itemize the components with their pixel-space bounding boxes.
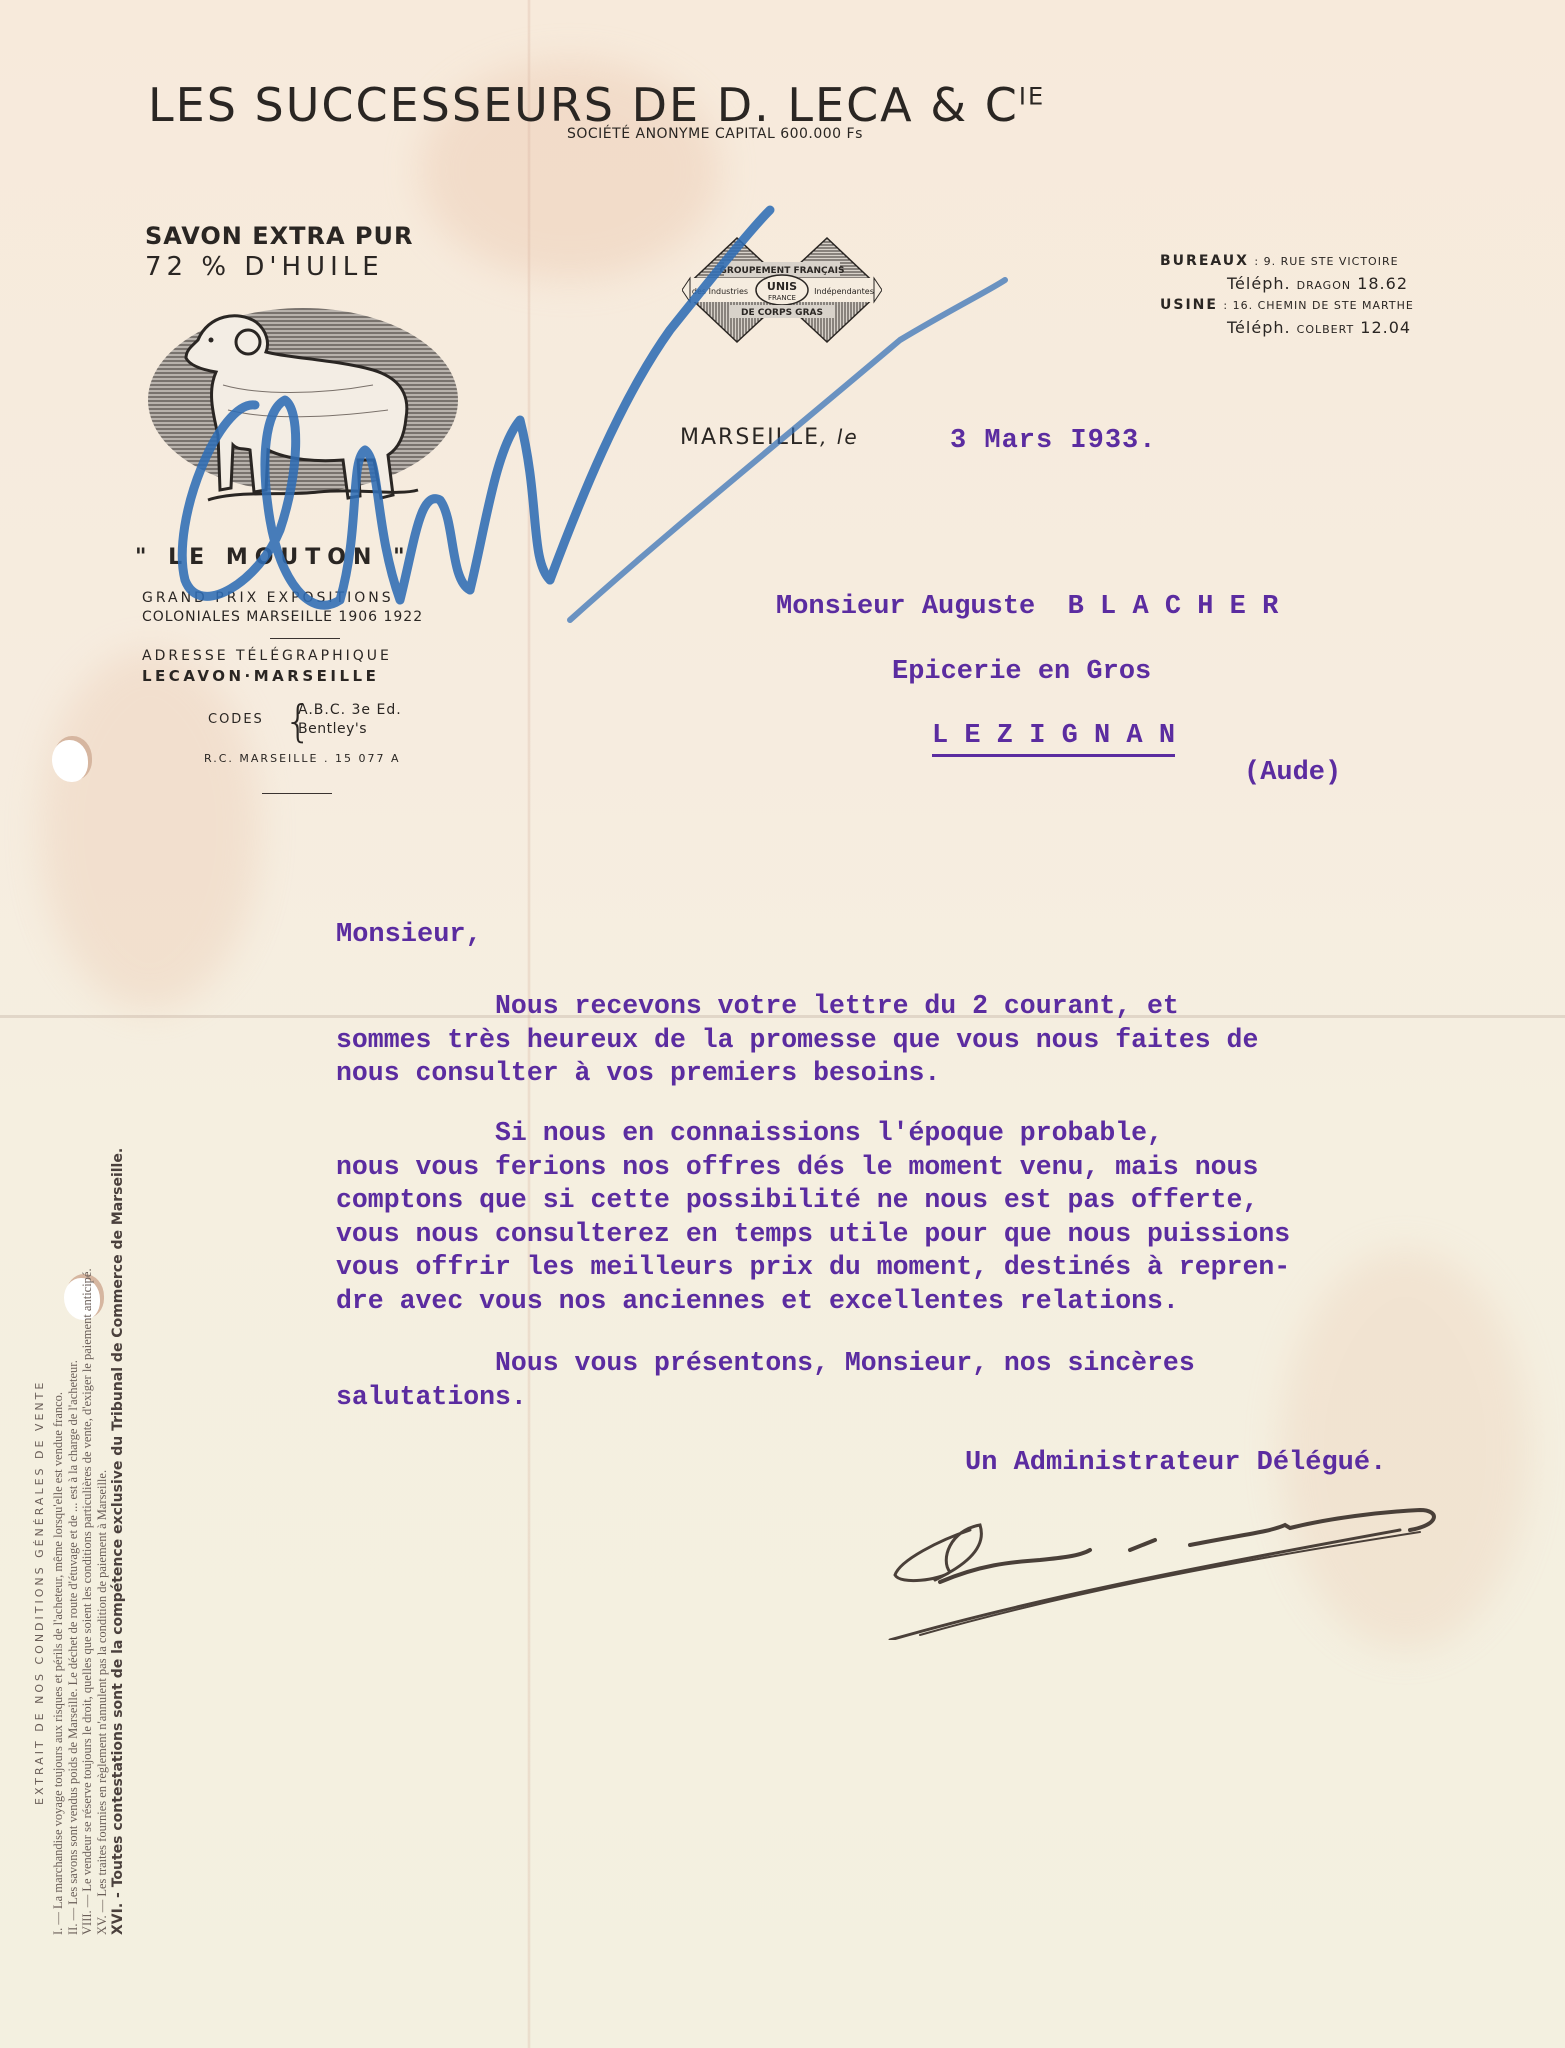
telegraph-address: LECAVON·MARSEILLE — [142, 667, 379, 685]
condition-line-jurisdiction: XVI. - Toutes contestations sont de la c… — [109, 1035, 127, 1935]
code-item: A.B.C. 3e Ed. — [298, 702, 402, 718]
bureaux-address: BUREAUX : 9. RUE STE VICTOIRE — [1160, 253, 1399, 269]
condition-line: XV. — Les traites fournies en règlement … — [95, 1035, 110, 1935]
condition-line: II. — Les savons sont vendus poids de Ma… — [66, 1035, 81, 1935]
recipient-town: L E Z I G N A N — [932, 721, 1175, 757]
signature — [880, 1490, 1480, 1644]
letter-paragraph: Nous vous présentons, Monsieur, nos sinc… — [336, 1347, 1195, 1414]
usine-address: USINE : 16. CHEMIN DE STE MARTHE — [1160, 297, 1414, 313]
condition-line: I. — La marchandise voyage toujours aux … — [51, 1035, 66, 1935]
codes-label: CODES — [208, 712, 264, 727]
letter-paragraph: Si nous en connaissions l'époque probabl… — [336, 1117, 1290, 1318]
blue-pencil-annotation — [150, 200, 1010, 664]
salutation: Monsieur, — [336, 920, 482, 950]
sales-conditions-sidebar: EXTRAIT DE NOS CONDITIONS GÉNÉRALES DE V… — [33, 1035, 127, 1935]
company-subtitle: SOCIÉTÉ ANONYME CAPITAL 600.000 Fs — [567, 126, 863, 142]
recipient-region: (Aude) — [1244, 758, 1341, 788]
usine-phone: Téléph. COLBERT 12.04 — [1227, 318, 1411, 337]
letter-paragraph: Nous recevons votre lettre du 2 courant,… — [336, 990, 1258, 1091]
punch-hole — [52, 740, 88, 782]
code-item: Bentley's — [298, 721, 367, 737]
divider — [262, 793, 332, 794]
paper-stain — [40, 650, 260, 1010]
sales-conditions-title: EXTRAIT DE NOS CONDITIONS GÉNÉRALES DE V… — [33, 1035, 51, 1805]
bureaux-phone: Téléph. DRAGON 18.62 — [1227, 274, 1408, 293]
company-name: LES SUCCESSEURS DE D. LECA & CIE — [148, 78, 1045, 132]
registry-number: R.C. MARSEILLE . 15 077 A — [204, 752, 400, 765]
condition-line: VIII. — Le vendeur se réserve toujours l… — [80, 1035, 95, 1935]
signatory-title: Un Administrateur Délégué. — [965, 1448, 1386, 1478]
